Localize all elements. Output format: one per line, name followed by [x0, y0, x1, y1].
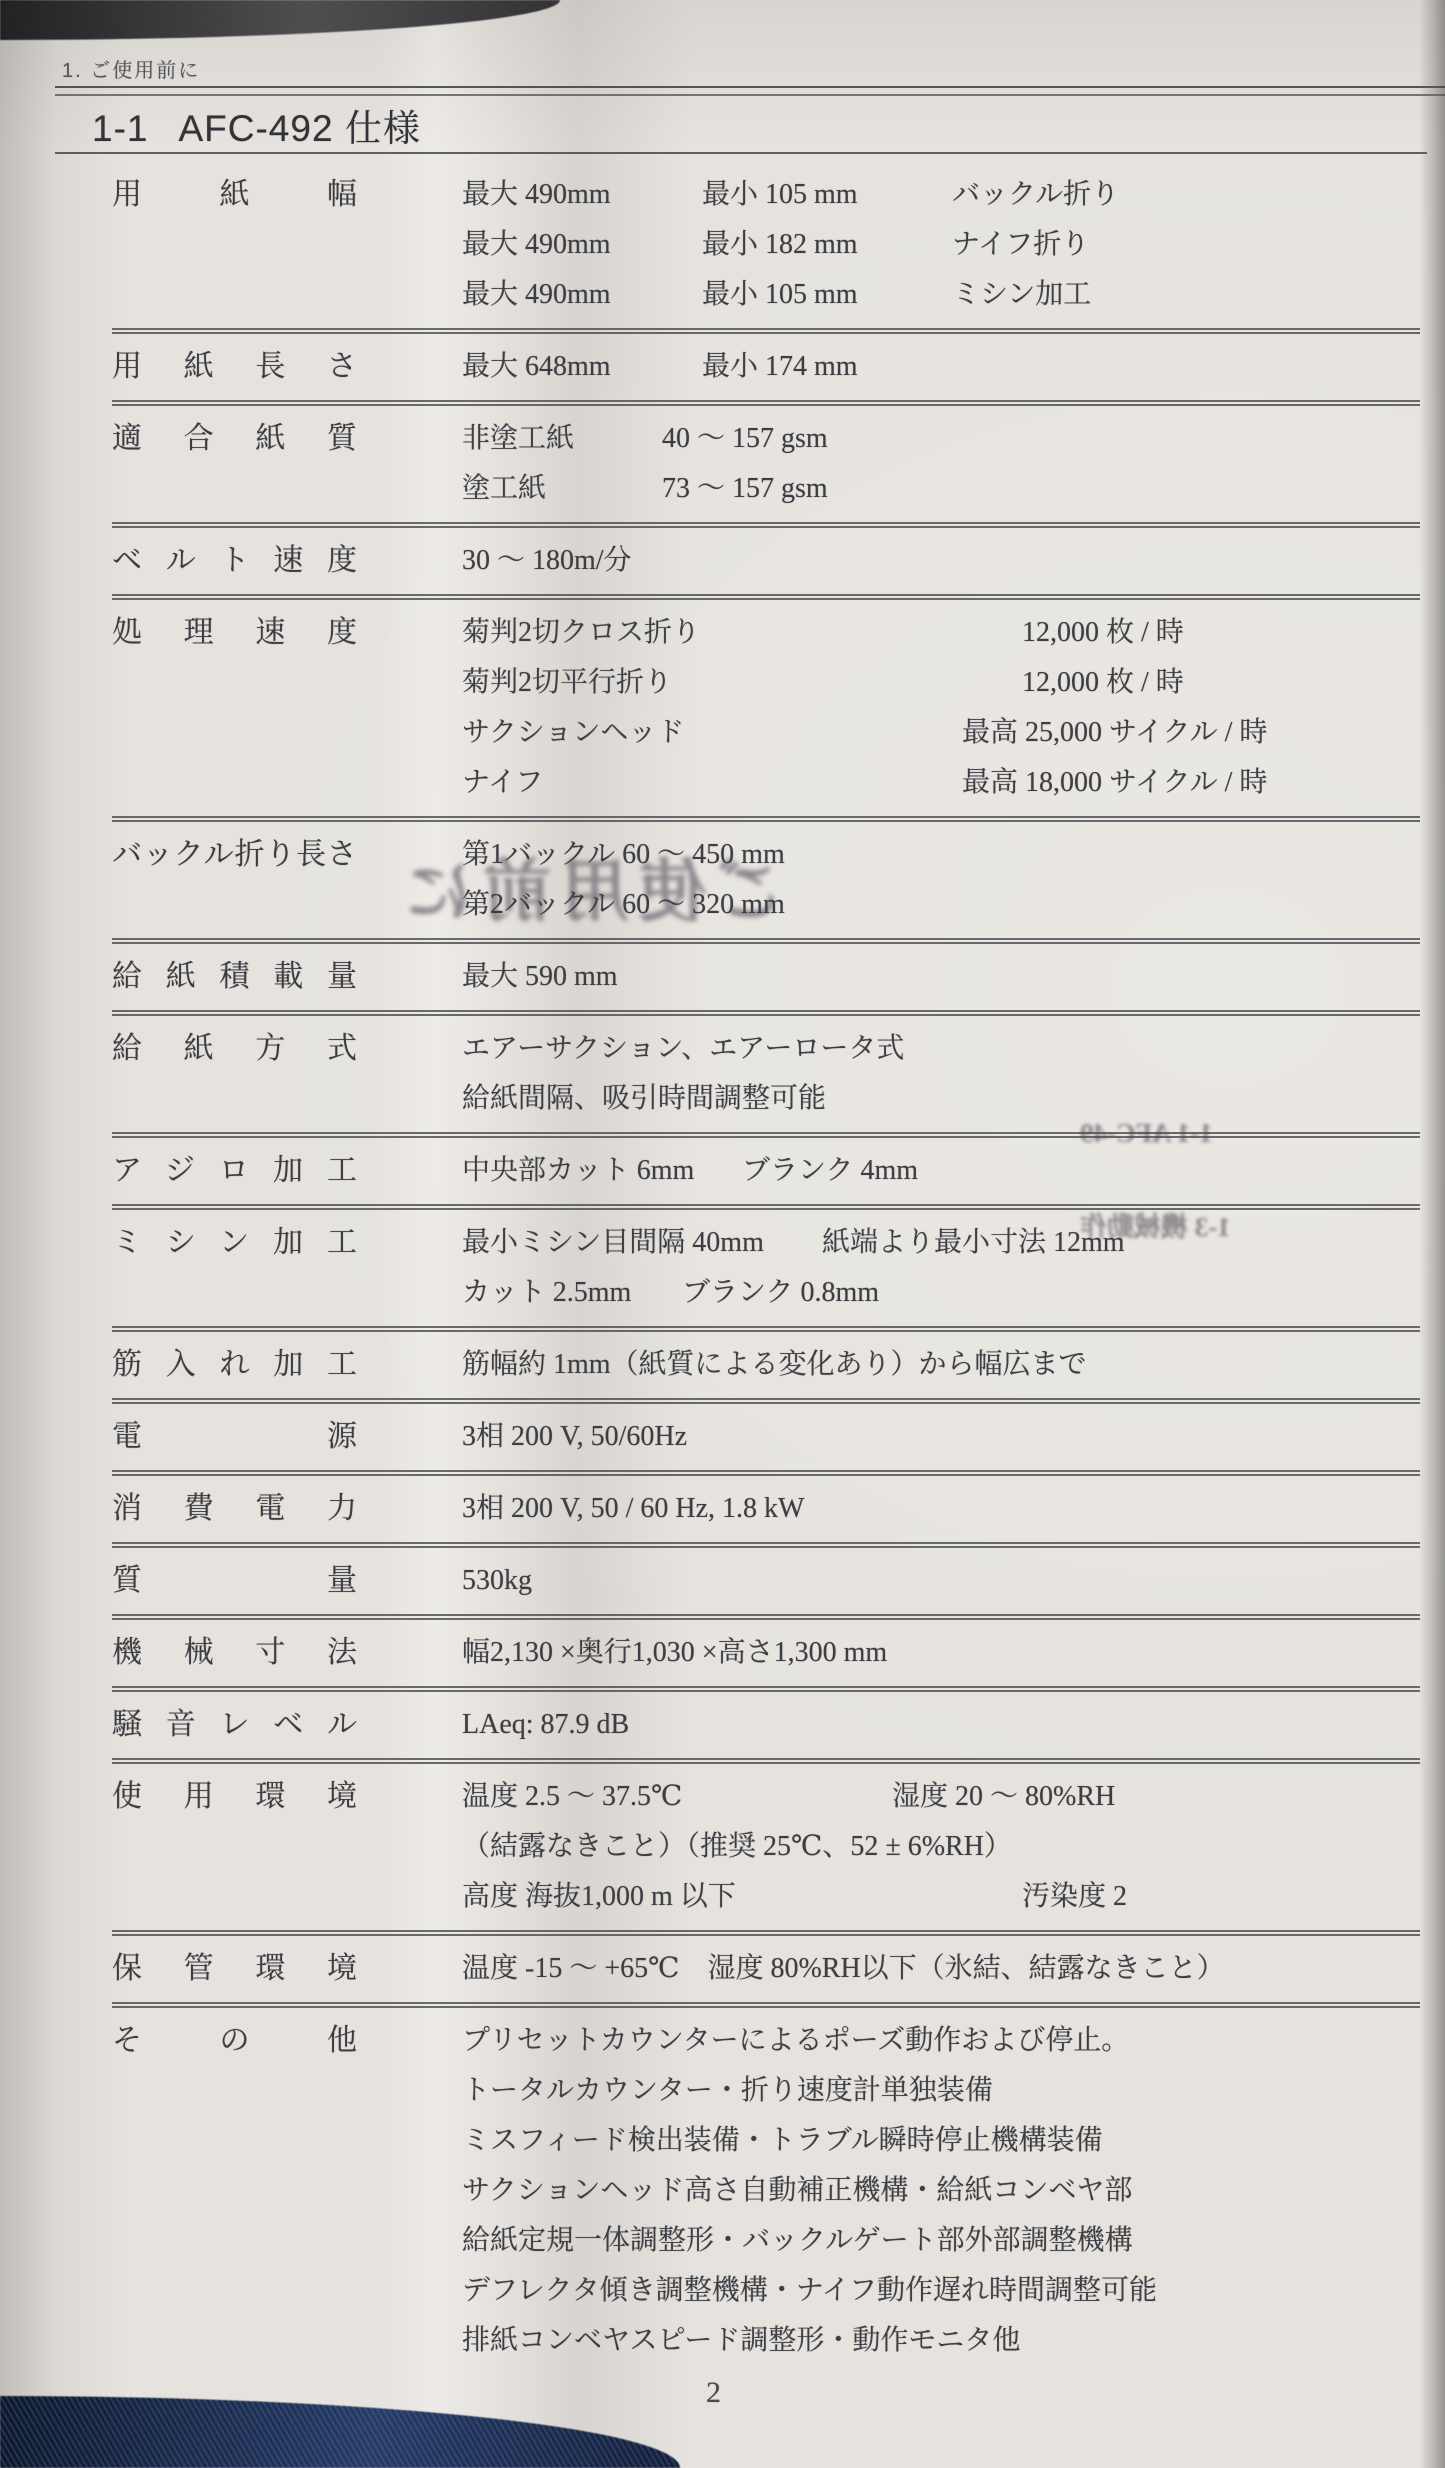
value-line: 温度 2.5 ～ 37.5℃ 湿度 20 ～ 80%RH — [462, 1772, 1420, 1822]
value-col: 最大 490mm — [462, 270, 702, 320]
value-line: 最小ミシン目間隔 40mm 紙端より最小寸法 12mm — [462, 1218, 1420, 1268]
row-label: 使用環境 — [112, 1772, 357, 1822]
value-line: 塗工紙 73 ～ 157 gsm — [462, 464, 1420, 514]
row-value: 最大 590 mm — [462, 952, 1420, 1002]
row-value: 530kg — [462, 1556, 1420, 1606]
row-label: その他 — [112, 2016, 357, 2066]
value-col: 中央部カット 6mm — [462, 1146, 742, 1196]
row-value: 温度 -15 ～ +65℃ 湿度 80%RH以下（氷結、結露なきこと） — [462, 1944, 1420, 1994]
row-label: 質量 — [112, 1556, 357, 1606]
value-col: トータルカウンター・折り速度計単独装備 — [462, 2066, 993, 2116]
table-row: 筋入れ加工 筋幅約 1mm（紙質による変化あり）から幅広まで — [112, 1326, 1420, 1398]
value-line: 最大 490mm 最小 105 mm ミシン加工 — [462, 270, 1420, 320]
table-row: 給紙積載量 最大 590 mm — [112, 938, 1420, 1010]
table-row: 使用環境 温度 2.5 ～ 37.5℃ 湿度 20 ～ 80%RH （結露なきこ… — [112, 1758, 1420, 1930]
table-row: バックル折り長さ 第1バックル 60 ～ 450 mm 第2バックル 60 ～ … — [112, 816, 1420, 938]
row-label: バックル折り長さ — [112, 830, 357, 880]
value-col: 最大 490mm — [462, 170, 702, 220]
value-line: LAeq: 87.9 dB — [462, 1700, 1420, 1750]
value-col: 最大 590 mm — [462, 952, 618, 1002]
value-line: 菊判2切平行折り 12,000 枚 / 時 — [462, 658, 1420, 708]
value-line: 非塗工紙 40 ～ 157 gsm — [462, 414, 1420, 464]
value-col: 最小 174 mm — [702, 342, 952, 392]
value-col: サクションヘッド高さ自動補正機構・給紙コンベヤ部 — [462, 2166, 1132, 2216]
value-line: 幅2,130 ×奥行1,030 ×高さ1,300 mm — [462, 1628, 1420, 1678]
value-col: エアーサクション、エアーロータ式 — [462, 1024, 904, 1074]
chapter-heading: 1. ご使用前に — [62, 54, 200, 83]
table-row: ベルト速度 30 ～ 180m/分 — [112, 522, 1420, 594]
value-col: 530kg — [462, 1556, 532, 1606]
section-number: 1-1 — [92, 108, 148, 149]
value-line: デフレクタ傾き調整機構・ナイフ動作遅れ時間調整可能 — [462, 2266, 1420, 2316]
value-line: 3相 200 V, 50/60Hz — [462, 1412, 1420, 1462]
row-label: 用紙幅 — [112, 170, 357, 220]
value-col: 12,000 枚 / 時 — [1022, 658, 1184, 708]
value-line: サクションヘッド 最高 25,000 サイクル / 時 — [462, 708, 1420, 758]
value-col: 最大 648mm — [462, 342, 702, 392]
row-label: 機械寸法 — [112, 1628, 357, 1678]
value-col: 非塗工紙 — [462, 414, 662, 464]
value-col: 3相 200 V, 50/60Hz — [462, 1412, 687, 1462]
row-value: 30 ～ 180m/分 — [462, 536, 1420, 586]
table-row: 機械寸法 幅2,130 ×奥行1,030 ×高さ1,300 mm — [112, 1614, 1420, 1686]
value-col: ナイフ折り — [952, 220, 1089, 270]
row-label: ミシン加工 — [112, 1218, 357, 1268]
table-row: 給紙方式 エアーサクション、エアーロータ式 給紙間隔、吸引時間調整可能 — [112, 1010, 1420, 1132]
value-col: ブランク 4mm — [742, 1146, 918, 1196]
spec-table: 用紙幅 最大 490mm 最小 105 mm バックル折り 最大 490mm 最… — [112, 162, 1420, 2374]
table-row: 電源 3相 200 V, 50/60Hz — [112, 1398, 1420, 1470]
value-col: ミスフィード検出装備・トラブル瞬時停止機構装備 — [462, 2116, 1103, 2166]
row-value: 3相 200 V, 50 / 60 Hz, 1.8 kW — [462, 1484, 1420, 1534]
row-value: 第1バックル 60 ～ 450 mm 第2バックル 60 ～ 320 mm — [462, 830, 1420, 930]
page-content: 1. ご使用前に 1-1AFC-492 仕様 用紙幅 最大 490mm 最小 1… — [0, 0, 1445, 2468]
value-col: 温度 -15 ～ +65℃ 湿度 80%RH以下（氷結、結露なきこと） — [462, 1944, 1225, 1994]
value-line: 第1バックル 60 ～ 450 mm — [462, 830, 1420, 880]
table-row: 用紙幅 最大 490mm 最小 105 mm バックル折り 最大 490mm 最… — [112, 162, 1420, 328]
row-value: 最大 490mm 最小 105 mm バックル折り 最大 490mm 最小 18… — [462, 170, 1420, 320]
value-col: （結露なきこと）（推奨 25℃、52 ± 6%RH） — [462, 1822, 1012, 1872]
value-line: 排紙コンベヤスピード調整形・動作モニタ他 — [462, 2316, 1420, 2366]
value-col: 最高 18,000 サイクル / 時 — [962, 758, 1267, 808]
row-value: 菊判2切クロス折り 12,000 枚 / 時 菊判2切平行折り 12,000 枚… — [462, 608, 1420, 808]
table-row: その他 プリセットカウンターによるポーズ動作および停止。 トータルカウンター・折… — [112, 2002, 1420, 2374]
value-col: 汚染度 2 — [1022, 1872, 1127, 1922]
table-row: 質量 530kg — [112, 1542, 1420, 1614]
value-col: 最小 105 mm — [702, 270, 952, 320]
value-line: 高度 海抜1,000 m 以下 汚染度 2 — [462, 1872, 1420, 1922]
value-col: ブランク 0.8mm — [682, 1268, 879, 1318]
row-value: エアーサクション、エアーロータ式 給紙間隔、吸引時間調整可能 — [462, 1024, 1420, 1124]
value-col: 塗工紙 — [462, 464, 662, 514]
value-col: 73 ～ 157 gsm — [662, 464, 828, 514]
value-line: サクションヘッド高さ自動補正機構・給紙コンベヤ部 — [462, 2166, 1420, 2216]
value-line: 3相 200 V, 50 / 60 Hz, 1.8 kW — [462, 1484, 1420, 1534]
row-value: LAeq: 87.9 dB — [462, 1700, 1420, 1750]
value-col: 温度 2.5 ～ 37.5℃ — [462, 1772, 892, 1822]
value-col: 給紙間隔、吸引時間調整可能 — [462, 1074, 826, 1124]
value-col: 最大 490mm — [462, 220, 702, 270]
value-col: 12,000 枚 / 時 — [1022, 608, 1184, 658]
header-double-rule — [55, 86, 1445, 96]
value-col: バックル折り — [952, 170, 1119, 220]
value-line: ミスフィード検出装備・トラブル瞬時停止機構装備 — [462, 2116, 1420, 2166]
row-label: 給紙方式 — [112, 1024, 357, 1074]
table-row: ミシン加工 最小ミシン目間隔 40mm 紙端より最小寸法 12mm カット 2.… — [112, 1204, 1420, 1326]
value-col: デフレクタ傾き調整機構・ナイフ動作遅れ時間調整可能 — [462, 2266, 1157, 2316]
value-col: サクションヘッド — [462, 708, 962, 758]
value-col: 排紙コンベヤスピード調整形・動作モニタ他 — [462, 2316, 1020, 2366]
value-line: 最大 648mm 最小 174 mm — [462, 342, 1420, 392]
row-value: 最大 648mm 最小 174 mm — [462, 342, 1420, 392]
row-value: 非塗工紙 40 ～ 157 gsm 塗工紙 73 ～ 157 gsm — [462, 414, 1420, 514]
row-label: 適合紙質 — [112, 414, 357, 464]
value-line: ナイフ 最高 18,000 サイクル / 時 — [462, 758, 1420, 808]
row-value: 最小ミシン目間隔 40mm 紙端より最小寸法 12mm カット 2.5mm ブラ… — [462, 1218, 1420, 1318]
value-line: プリセットカウンターによるポーズ動作および停止。 — [462, 2016, 1420, 2066]
row-label: 電源 — [112, 1412, 357, 1462]
row-label: 処理速度 — [112, 608, 357, 658]
table-row: 処理速度 菊判2切クロス折り 12,000 枚 / 時 菊判2切平行折り 12,… — [112, 594, 1420, 816]
value-line: 菊判2切クロス折り 12,000 枚 / 時 — [462, 608, 1420, 658]
value-line: 最大 490mm 最小 182 mm ナイフ折り — [462, 220, 1420, 270]
value-line: カット 2.5mm ブランク 0.8mm — [462, 1268, 1420, 1318]
table-row: 適合紙質 非塗工紙 40 ～ 157 gsm 塗工紙 73 ～ 157 gsm — [112, 400, 1420, 522]
section-title-text: AFC-492 仕様 — [178, 108, 420, 149]
value-col: 3相 200 V, 50 / 60 Hz, 1.8 kW — [462, 1484, 804, 1534]
value-line: 筋幅約 1mm（紙質による変化あり）から幅広まで — [462, 1340, 1420, 1390]
value-col: カット 2.5mm — [462, 1268, 682, 1318]
row-label: ベルト速度 — [112, 536, 357, 586]
value-col: 30 ～ 180m/分 — [462, 536, 632, 586]
value-line: 温度 -15 ～ +65℃ 湿度 80%RH以下（氷結、結露なきこと） — [462, 1944, 1420, 1994]
value-col: 菊判2切クロス折り — [462, 608, 1022, 658]
row-label: 用紙長さ — [112, 342, 357, 392]
table-row: 保管環境 温度 -15 ～ +65℃ 湿度 80%RH以下（氷結、結露なきこと） — [112, 1930, 1420, 2002]
value-col: 湿度 20 ～ 80%RH — [892, 1772, 1115, 1822]
value-line: 最大 490mm 最小 105 mm バックル折り — [462, 170, 1420, 220]
page-number: 2 — [706, 2376, 721, 2410]
row-label: 給紙積載量 — [112, 952, 357, 1002]
row-value: プリセットカウンターによるポーズ動作および停止。 トータルカウンター・折り速度計… — [462, 2016, 1420, 2366]
table-row: アジロ加工 中央部カット 6mm ブランク 4mm — [112, 1132, 1420, 1204]
value-col: 40 ～ 157 gsm — [662, 414, 828, 464]
row-value: 温度 2.5 ～ 37.5℃ 湿度 20 ～ 80%RH （結露なきこと）（推奨… — [462, 1772, 1420, 1922]
value-col: LAeq: 87.9 dB — [462, 1700, 629, 1750]
value-col: 最高 25,000 サイクル / 時 — [962, 708, 1267, 758]
row-label: 騒音レベル — [112, 1700, 357, 1750]
row-label: アジロ加工 — [112, 1146, 357, 1196]
value-col: 最小ミシン目間隔 40mm — [462, 1218, 822, 1268]
value-col: 高度 海抜1,000 m 以下 — [462, 1872, 1022, 1922]
value-line: （結露なきこと）（推奨 25℃、52 ± 6%RH） — [462, 1822, 1420, 1872]
value-col: プリセットカウンターによるポーズ動作および停止。 — [462, 2016, 1129, 2066]
value-col: 第1バックル 60 ～ 450 mm — [462, 830, 785, 880]
page-title: 1-1AFC-492 仕様 — [92, 98, 421, 152]
value-col: 最小 182 mm — [702, 220, 952, 270]
row-label: 筋入れ加工 — [112, 1340, 357, 1390]
value-col: 最小 105 mm — [702, 170, 952, 220]
title-rule — [55, 152, 1427, 154]
table-row: 用紙長さ 最大 648mm 最小 174 mm — [112, 328, 1420, 400]
row-value: 中央部カット 6mm ブランク 4mm — [462, 1146, 1420, 1196]
value-line: 給紙定規一体調整形・バックルゲート部外部調整機構 — [462, 2216, 1420, 2266]
scanned-manual-page: ご使用前に 1-1 AFC-49 1-3 機械動作 1. ご使用前に 1-1AF… — [0, 0, 1445, 2468]
value-line: エアーサクション、エアーロータ式 — [462, 1024, 1420, 1074]
value-col: 幅2,130 ×奥行1,030 ×高さ1,300 mm — [462, 1628, 887, 1678]
value-col: 菊判2切平行折り — [462, 658, 1022, 708]
table-row: 消費電力 3相 200 V, 50 / 60 Hz, 1.8 kW — [112, 1470, 1420, 1542]
row-value: 3相 200 V, 50/60Hz — [462, 1412, 1420, 1462]
value-line: 30 ～ 180m/分 — [462, 536, 1420, 586]
value-col: ミシン加工 — [952, 270, 1091, 320]
row-label: 保管環境 — [112, 1944, 357, 1994]
value-line: 中央部カット 6mm ブランク 4mm — [462, 1146, 1420, 1196]
row-value: 幅2,130 ×奥行1,030 ×高さ1,300 mm — [462, 1628, 1420, 1678]
table-row: 騒音レベル LAeq: 87.9 dB — [112, 1686, 1420, 1758]
value-col: 第2バックル 60 ～ 320 mm — [462, 880, 785, 930]
value-line: 給紙間隔、吸引時間調整可能 — [462, 1074, 1420, 1124]
value-line: 530kg — [462, 1556, 1420, 1606]
value-col: 紙端より最小寸法 12mm — [822, 1218, 1125, 1268]
value-line: 第2バックル 60 ～ 320 mm — [462, 880, 1420, 930]
value-col: 筋幅約 1mm（紙質による変化あり）から幅広まで — [462, 1340, 1087, 1390]
value-line: トータルカウンター・折り速度計単独装備 — [462, 2066, 1420, 2116]
row-value: 筋幅約 1mm（紙質による変化あり）から幅広まで — [462, 1340, 1420, 1390]
value-col: ナイフ — [462, 758, 962, 808]
value-col: 給紙定規一体調整形・バックルゲート部外部調整機構 — [462, 2216, 1133, 2266]
row-label: 消費電力 — [112, 1484, 357, 1534]
value-line: 最大 590 mm — [462, 952, 1420, 1002]
